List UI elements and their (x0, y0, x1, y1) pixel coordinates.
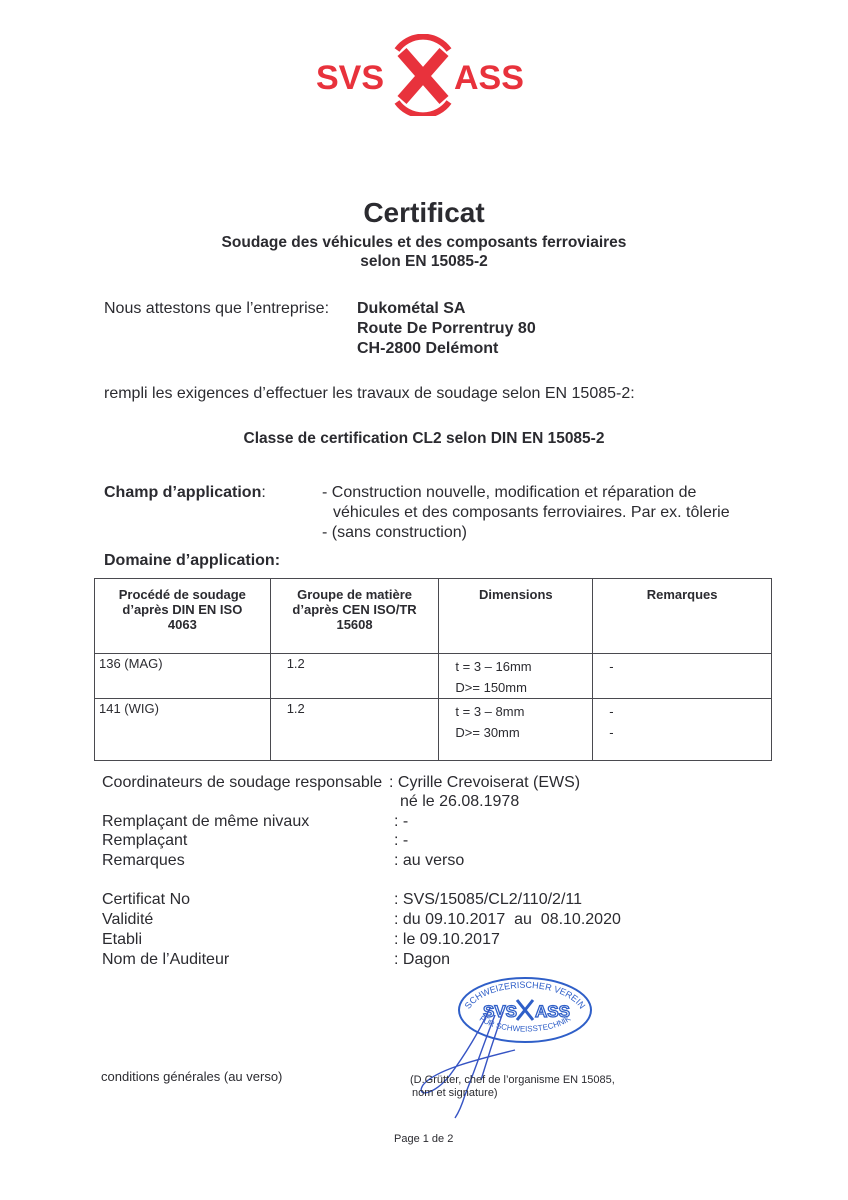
requirements-text: rempli les exigences d’effectuer les tra… (104, 385, 635, 403)
signature (395, 1000, 575, 1120)
company-name: Dukométal SA (357, 300, 465, 318)
header-text: Dimensions (439, 587, 592, 602)
remark-line: - (609, 656, 767, 677)
header-dimensions: Dimensions (439, 579, 593, 654)
dimension-line: t = 3 – 16mm (455, 656, 588, 677)
header-text: d’après DIN EN ISO (95, 602, 270, 617)
established-value: : le 09.10.2017 (394, 931, 500, 949)
header-text: d’après CEN ISO/TR (271, 602, 439, 617)
cell-material-group: 1.2 (270, 699, 439, 761)
header-text: 4063 (95, 617, 270, 632)
table-row: 136 (MAG) 1.2 t = 3 – 16mm D>= 150mm - (95, 654, 772, 699)
cert-no-value: : SVS/15085/CL2/110/2/11 (394, 891, 582, 909)
cell-dimensions: t = 3 – 8mm D>= 30mm (439, 699, 593, 761)
remark-line: - (609, 701, 767, 722)
coordinator-label: Coordinateurs de soudage responsable (102, 774, 382, 792)
scope-label-row: Champ d’application: (104, 484, 266, 502)
coordinator-birth: né le 26.08.1978 (400, 793, 519, 811)
header-text: Groupe de matière (271, 587, 439, 602)
table-row: 141 (WIG) 1.2 t = 3 – 8mm D>= 30mm - - (95, 699, 772, 761)
logo-text-right: ASS (454, 59, 524, 97)
logo-cross-icon (397, 37, 449, 116)
header-welding-process: Procédé de soudage d’après DIN EN ISO 40… (95, 579, 271, 654)
attestation-intro: Nous attestons que l’entreprise: (104, 300, 329, 318)
remarks-label: Remarques (102, 852, 185, 870)
cell-dimensions: t = 3 – 16mm D>= 150mm (439, 654, 593, 699)
cell-process: 141 (WIG) (95, 699, 271, 761)
header-text: Remarques (593, 587, 771, 602)
scope-line-1: - Construction nouvelle, modification et… (322, 484, 696, 502)
subtitle-line-1: Soudage des véhicules et des composants … (0, 234, 848, 252)
header-remarks: Remarques (593, 579, 772, 654)
company-address-2: CH-2800 Delémont (357, 340, 498, 358)
domain-label: Domaine d’application: (104, 552, 280, 570)
cell-process: 136 (MAG) (95, 654, 271, 699)
dimension-line: D>= 150mm (455, 677, 588, 698)
auditor-value: : Dagon (394, 951, 450, 969)
deputy-value: : - (394, 832, 408, 850)
remarks-value: : au verso (394, 852, 464, 870)
deputy-same-level-value: : - (394, 813, 408, 831)
page-title: Certificat (0, 197, 848, 229)
cell-material-group: 1.2 (270, 654, 439, 699)
scope-line-2: véhicules et des composants ferroviaires… (333, 504, 730, 522)
svs-xass-logo: SVS ASS (0, 34, 848, 116)
page-number: Page 1 de 2 (394, 1133, 453, 1145)
header-text: 15608 (271, 617, 439, 632)
table-header-row: Procédé de soudage d’après DIN EN ISO 40… (95, 579, 772, 654)
header-material-group: Groupe de matière d’après CEN ISO/TR 156… (270, 579, 439, 654)
remark-line: - (609, 722, 767, 743)
scope-colon: : (261, 484, 265, 501)
deputy-same-level-label: Remplaçant de même nivaux (102, 813, 309, 831)
dimension-line: t = 3 – 8mm (455, 701, 588, 722)
cell-remarks: - - (593, 699, 772, 761)
cert-no-label: Certificat No (102, 891, 190, 909)
company-address-1: Route De Porrentruy 80 (357, 320, 536, 338)
signatory-line-1: (D.Grütter, chef de l’organisme EN 15085… (410, 1074, 615, 1086)
dimension-line: D>= 30mm (455, 722, 588, 743)
established-label: Etabli (102, 931, 142, 949)
logo-text-left: SVS (316, 59, 384, 97)
coordinator-value: : Cyrille Crevoiserat (EWS) (389, 774, 580, 792)
application-domain-table: Procédé de soudage d’après DIN EN ISO 40… (94, 578, 772, 761)
general-conditions: conditions générales (au verso) (101, 1069, 282, 1084)
scope-line-3: - (sans construction) (322, 524, 467, 542)
cell-remarks: - (593, 654, 772, 699)
subtitle-line-2: selon EN 15085-2 (0, 253, 848, 271)
scope-label: Champ d’application (104, 484, 261, 501)
auditor-label: Nom de l’Auditeur (102, 951, 229, 969)
deputy-label: Remplaçant (102, 832, 187, 850)
validity-value: : du 09.10.2017 au 08.10.2020 (394, 911, 621, 929)
certification-class: Classe de certification CL2 selon DIN EN… (0, 430, 848, 448)
signatory-line-2: nom et signature) (412, 1087, 498, 1099)
validity-label: Validité (102, 911, 153, 929)
header-text: Procédé de soudage (95, 587, 270, 602)
